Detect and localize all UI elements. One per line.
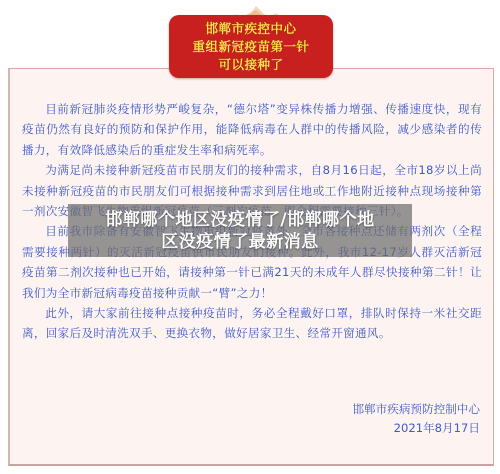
title-overlay: 邯郸哪个地区没疫情了/邯郸哪个地 区没疫情了最新消息 [68,204,412,257]
overlay-title-line-1: 邯郸哪个地区没疫情了/邯郸哪个地 [105,209,374,231]
badge-line-2: 重组新冠疫苗第一针 [192,38,309,56]
badge-line-1: 邯郸市疾控中心 [205,20,296,38]
signature-org: 邯郸市疾病预防控制中心 [352,400,480,419]
signature-date: 2021年8月17日 [352,419,480,438]
overlay-title-line-2: 区没疫情了最新消息 [161,231,319,253]
paragraph-1: 目前新冠肺炎疫情形势严峻复杂，“德尔塔”变异株传播力增强、传播速度快，现有疫苗仍… [22,99,482,160]
badge-line-3: 可以接种了 [218,56,283,74]
paragraph-4: 此外，请大家前往接种点接种疫苗时，务必全程戴好口罩，排队时保持一米社交距离，回家… [22,303,482,344]
signature: 邯郸市疾病预防控制中心 2021年8月17日 [352,400,480,438]
header-badge: 邯郸市疾控中心 重组新冠疫苗第一针 可以接种了 [169,15,333,78]
